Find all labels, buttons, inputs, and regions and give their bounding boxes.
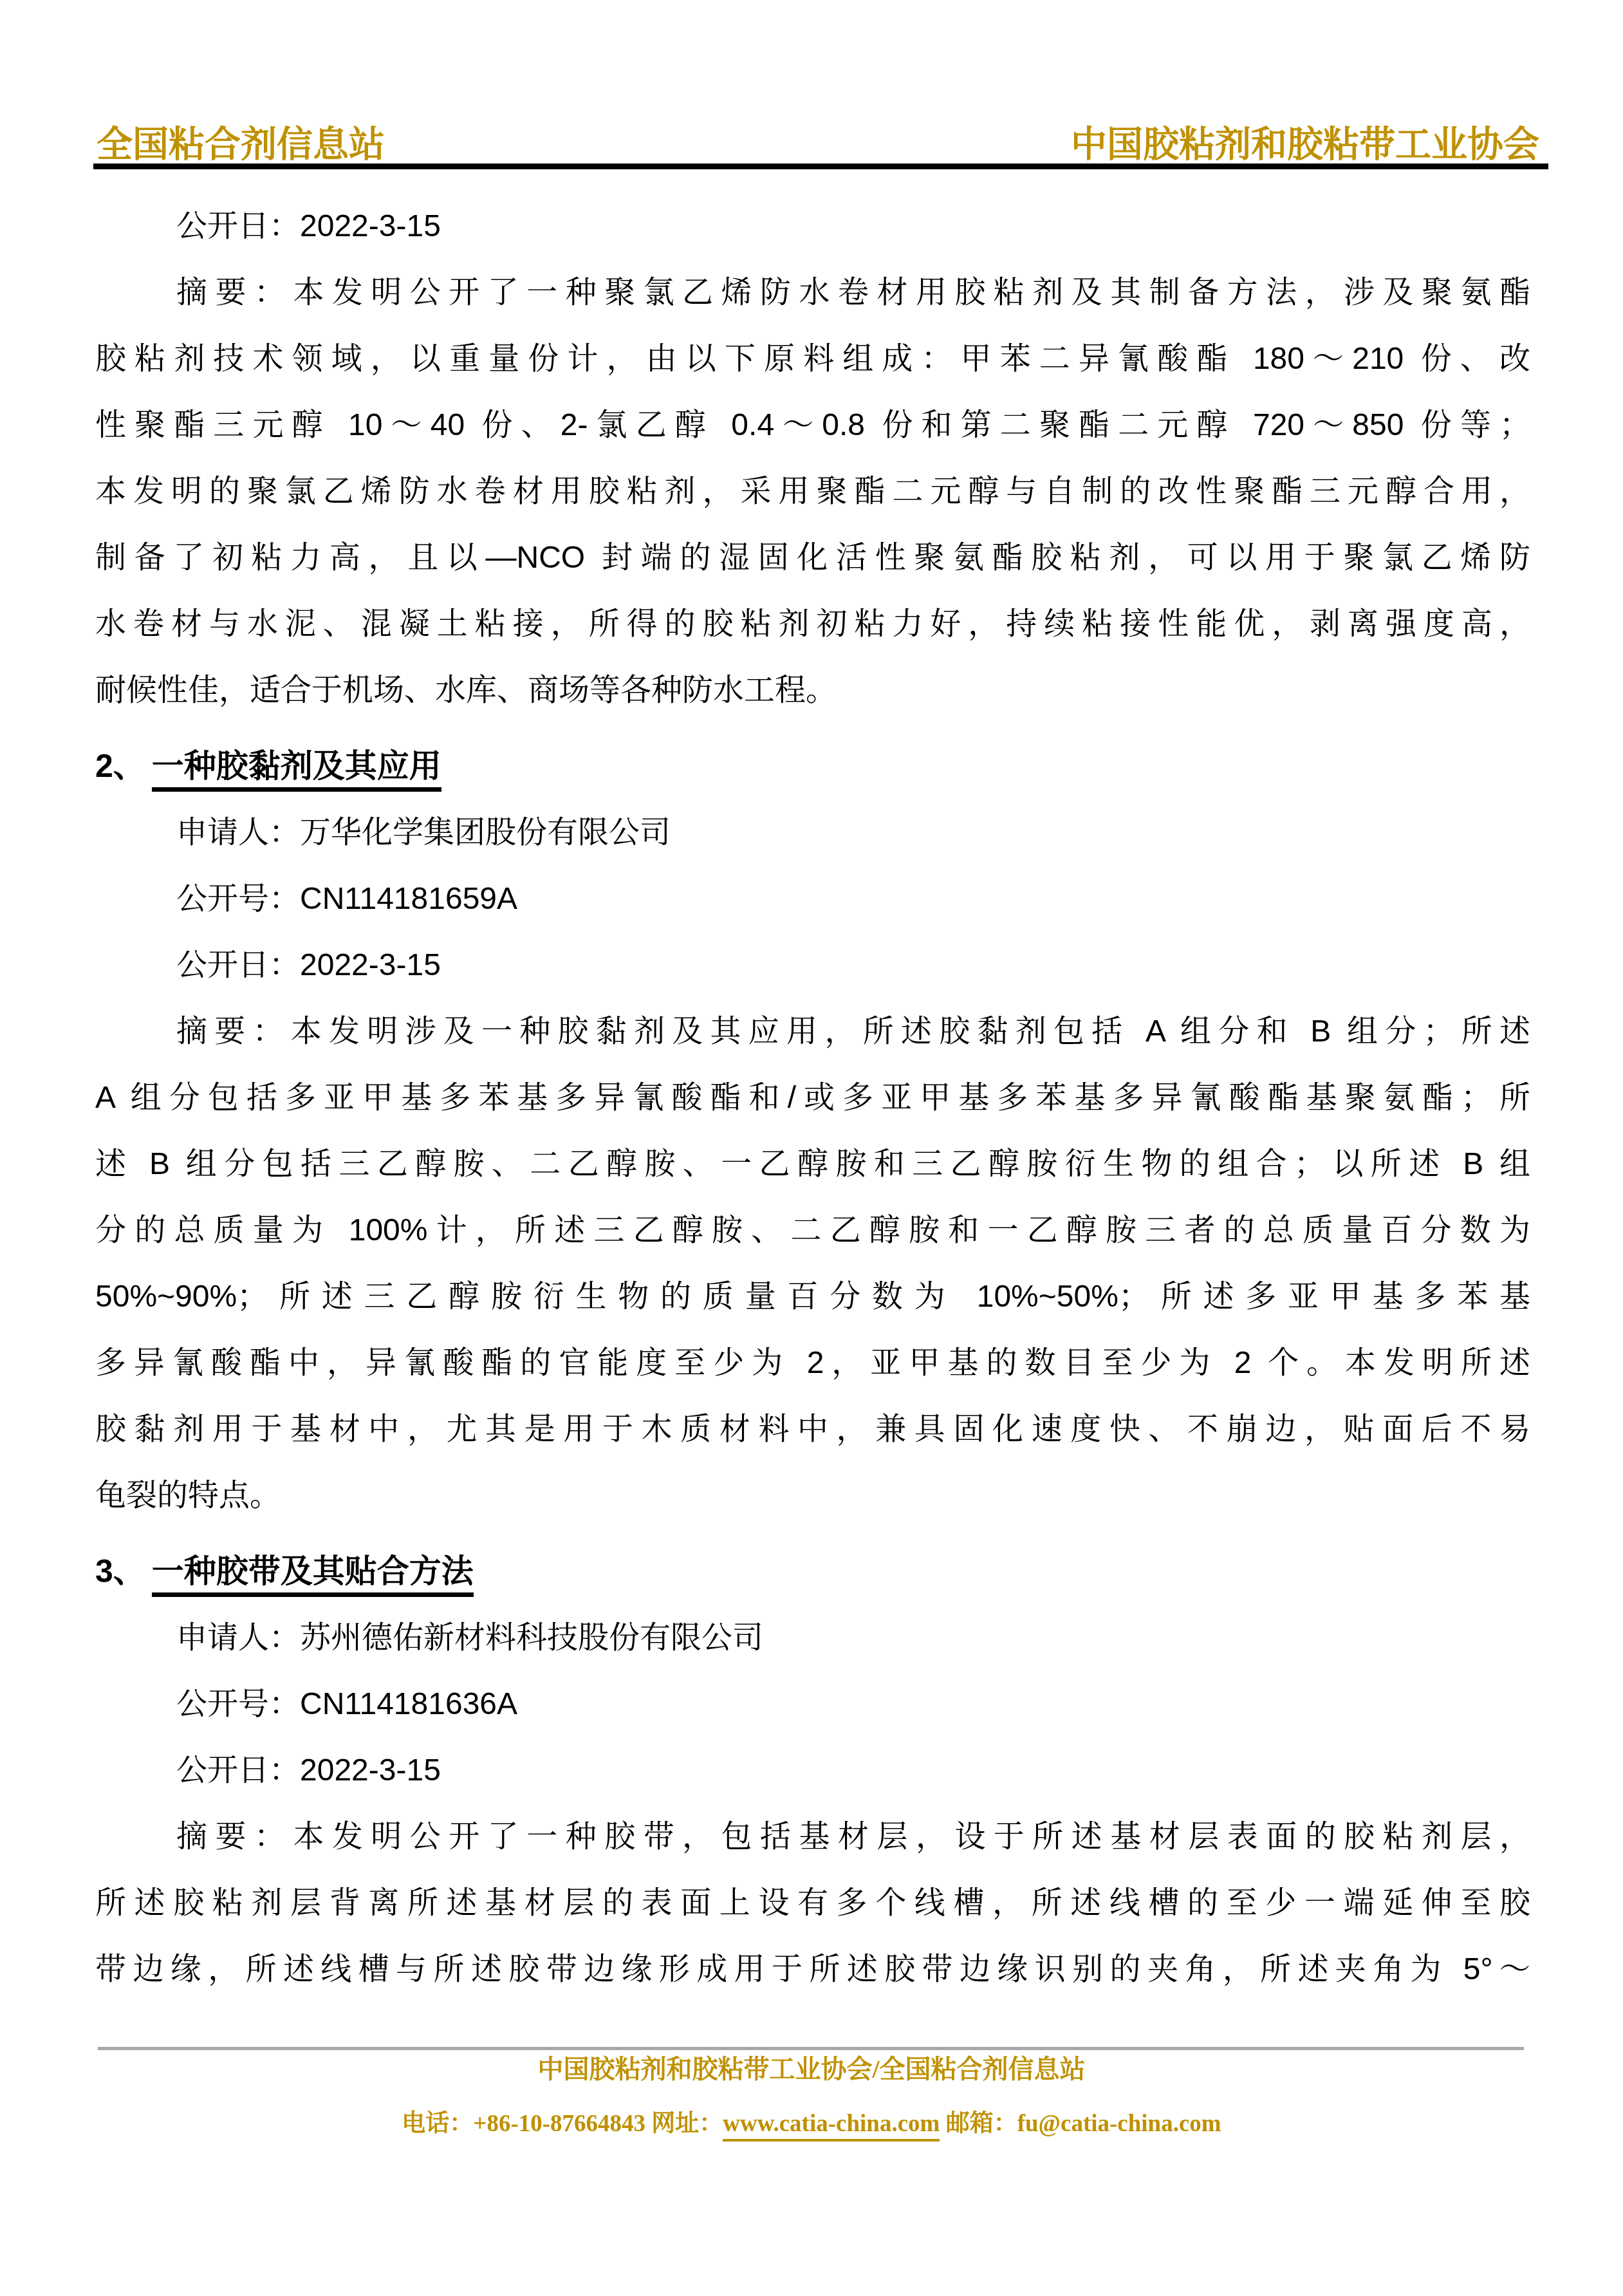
header-right-title: 中国胶粘剂和胶粘带工业协会: [1071, 116, 1539, 167]
header-rule: [93, 163, 1548, 169]
header-left-title: 全国粘合剂信息站: [97, 116, 385, 167]
text-line: 耐候性佳，适合于机场、水库、商场等各种防水工程。: [95, 657, 1530, 723]
patent-heading-number: 2、: [95, 748, 152, 784]
text-line: 龟裂的特点。: [95, 1462, 1530, 1529]
patent-heading-number: 3、: [95, 1553, 152, 1589]
text-line: 水卷材与水泥、混凝土粘接，所得的胶粘剂初粘力好，持续粘接性能优，剥离强度高，: [95, 591, 1530, 657]
text-line: 胶黏剂用于基材中，尤其是用于木质材料中，兼具固化速度快、不崩边，贴面后不易: [95, 1396, 1530, 1462]
patent-heading: 3、一种胶带及其贴合方法: [95, 1538, 1530, 1605]
patent-heading-title: 一种胶黏剂及其应用: [152, 748, 441, 792]
text-line: 公开号：CN114181636A: [95, 1671, 1530, 1737]
text-line: 摘要：本发明公开了一种聚氯乙烯防水卷材用胶粘剂及其制备方法，涉及聚氨酯: [95, 259, 1530, 326]
text-line: 公开号：CN114181659A: [95, 866, 1530, 932]
text-line: 分的总质量为 100%计，所述三乙醇胺、二乙醇胺和一乙醇胺三者的总质量百分数为: [95, 1197, 1530, 1264]
text-line: 制备了初粘力高，且以—NCO 封端的湿固化活性聚氨酯胶粘剂，可以用于聚氯乙烯防: [95, 525, 1530, 591]
website-link[interactable]: www.catia-china.com: [723, 2111, 940, 2142]
document-page: { "colors": { "gold": "#BF9000", "body_t…: [0, 0, 1623, 2296]
patent-heading: 2、一种胶黏剂及其应用: [95, 733, 1530, 799]
footer-organization: 中国胶粘剂和胶粘带工业协会/全国粘合剂信息站: [0, 2053, 1623, 2086]
text-line: 胶粘剂技术领域，以重量份计，由以下原料组成：甲苯二异氰酸酯 180～210 份、…: [95, 326, 1530, 392]
text-line: 所述胶粘剂层背离所述基材层的表面上设有多个线槽，所述线槽的至少一端延伸至胶: [95, 1870, 1530, 1936]
text-line: 申请人：万华化学集团股份有限公司: [95, 799, 1530, 866]
text-line: 公开日：2022-3-15: [95, 932, 1530, 998]
text-line: 带边缘，所述线槽与所述胶带边缘形成用于所述胶带边缘识别的夹角，所述夹角为 5°～: [95, 1936, 1530, 2002]
footer-contact-text: 电话：+86-10-87664843 网址：: [402, 2111, 723, 2137]
text-line: 多异氰酸酯中，异氰酸酯的官能度至少为 2，亚甲基的数目至少为 2 个。本发明所述: [95, 1330, 1530, 1396]
text-line: 摘要：本发明涉及一种胶黏剂及其应用，所述胶黏剂包括 A 组分和 B 组分；所述: [95, 998, 1530, 1065]
text-line: 摘要：本发明公开了一种胶带，包括基材层，设于所述基材层表面的胶粘剂层，: [95, 1804, 1530, 1870]
footer-contact-text: 邮箱：fu@catia-china.com: [940, 2111, 1221, 2137]
page-header: 全国粘合剂信息站 中国胶粘剂和胶粘带工业协会: [97, 116, 1539, 167]
text-line: 性聚酯三元醇 10～40 份、2-氯乙醇 0.4～0.8 份和第二聚酯二元醇 7…: [95, 392, 1530, 458]
document-body: 公开日：2022-3-15摘要：本发明公开了一种聚氯乙烯防水卷材用胶粘剂及其制备…: [95, 193, 1530, 2002]
patent-heading-title: 一种胶带及其贴合方法: [152, 1553, 474, 1597]
footer-contact: 电话：+86-10-87664843 网址：www.catia-china.co…: [0, 2106, 1623, 2142]
text-line: 公开日：2022-3-15: [95, 193, 1530, 259]
text-line: 50%~90%；所述三乙醇胺衍生物的质量百分数为 10%~50%；所述多亚甲基多…: [95, 1264, 1530, 1330]
footer-rule: [98, 2047, 1524, 2050]
text-line: 申请人：苏州德佑新材料科技股份有限公司: [95, 1605, 1530, 1671]
text-line: 本发明的聚氯乙烯防水卷材用胶粘剂，采用聚酯二元醇与自制的改性聚酯三元醇合用，: [95, 458, 1530, 525]
text-line: 公开日：2022-3-15: [95, 1737, 1530, 1804]
text-line: 述 B 组分包括三乙醇胺、二乙醇胺、一乙醇胺和三乙醇胺衍生物的组合；以所述 B …: [95, 1131, 1530, 1197]
text-line: A 组分包括多亚甲基多苯基多异氰酸酯和/或多亚甲基多苯基多异氰酸酯基聚氨酯；所: [95, 1065, 1530, 1131]
